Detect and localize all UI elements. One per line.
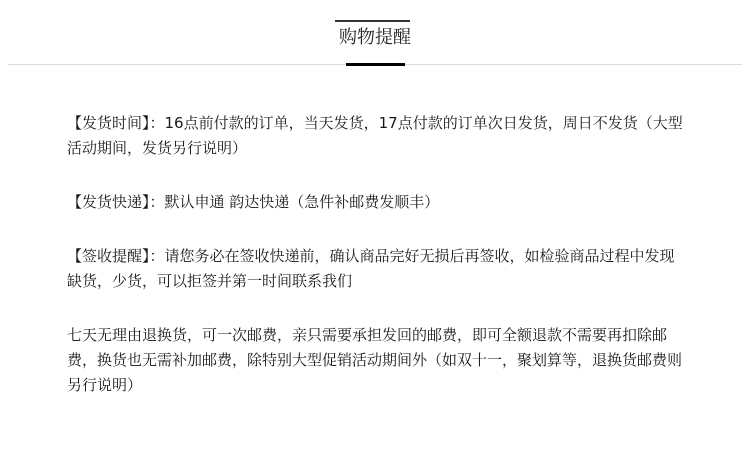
header-top-bar: [335, 20, 410, 22]
notice-text: 七天无理由退换货，可一次邮费，亲只需要承担发回的邮费，即可全额退款不需要再扣除邮…: [67, 326, 682, 394]
notice-text: 默认申通 韵达快递（急件补邮费发顺丰）: [165, 193, 440, 211]
notice-label: 【签收提醒】：: [67, 247, 165, 265]
header-accent-bar: [346, 63, 405, 66]
notice-shipping-time: 【发货时间】：16点前付款的订单，当天发货，17点付款的订单次日发货，周日不发货…: [67, 111, 683, 161]
notice-shipping-courier: 【发货快递】：默认申通 韵达快递（急件补邮费发顺丰）: [67, 190, 683, 215]
page-title: 购物提醒: [300, 27, 450, 49]
notice-return-policy: 七天无理由退换货，可一次邮费，亲只需要承担发回的邮费，即可全额退款不需要再扣除邮…: [67, 323, 683, 398]
section-header: 购物提醒: [0, 0, 750, 70]
notice-label: 【发货快递】：: [67, 193, 165, 211]
notice-receipt-reminder: 【签收提醒】：请您务必在签收快递前，确认商品完好无损后再签收，如检验商品过程中发…: [67, 244, 683, 294]
notice-label: 【发货时间】：: [67, 114, 165, 132]
shopping-notice-content: 【发货时间】：16点前付款的订单，当天发货，17点付款的订单次日发货，周日不发货…: [67, 111, 683, 427]
